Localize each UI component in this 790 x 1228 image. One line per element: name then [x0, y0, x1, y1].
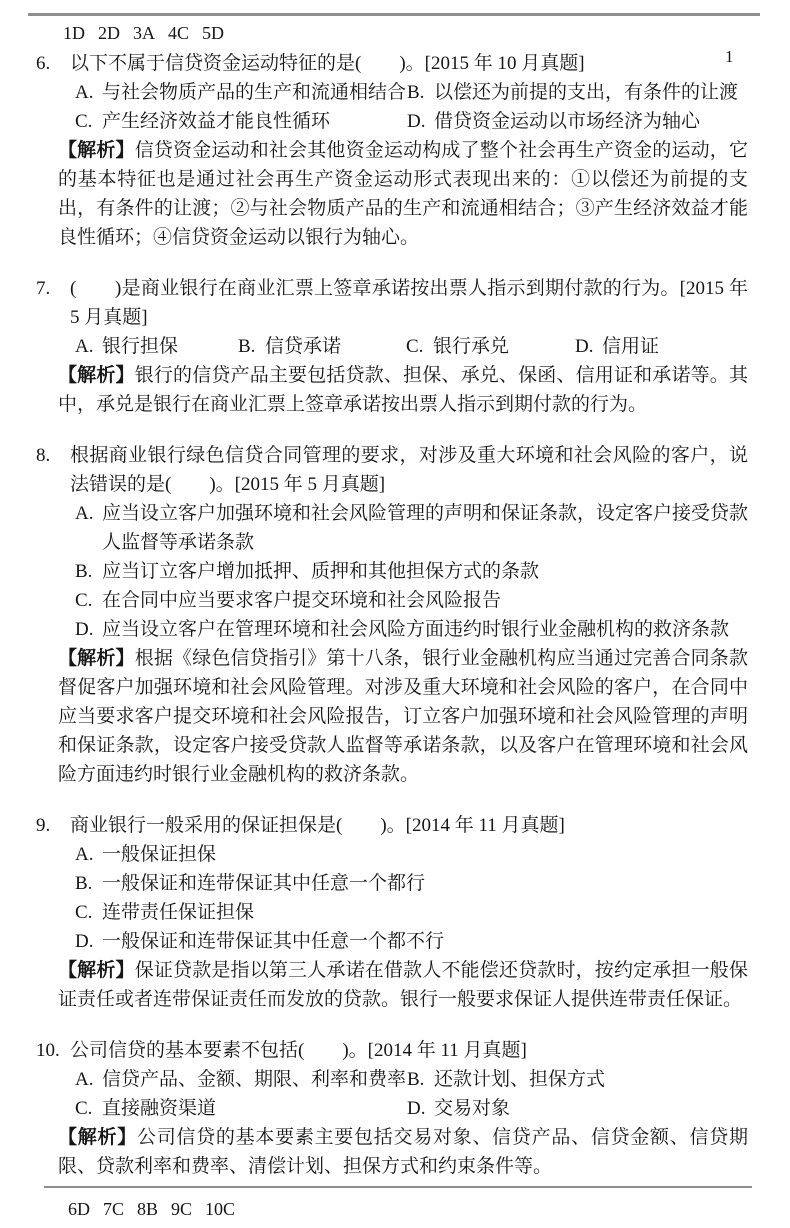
analysis-text: 银行的信贷产品主要包括贷款、担保、承兑、保函、信用证和承诺等。其中，承兑是银行在…: [58, 365, 748, 415]
question-number: 10.: [36, 1036, 70, 1065]
answer-key-item: 9C: [171, 1198, 192, 1220]
question-block-7: 7. ( )是商业银行在商业汇票上签章承诺按出票人指示到期付款的行为。[2015…: [0, 274, 790, 419]
analysis: 【解析】信贷资金运动和社会其他资金运动构成了整个社会再生产资金的运动，它的基本特…: [58, 136, 748, 252]
question-number: 8.: [36, 441, 70, 499]
option-label: B.: [75, 557, 102, 586]
option: B. 应当订立客户增加抵押、质押和其他担保方式的条款: [75, 557, 748, 586]
option-text: 应当订立客户增加抵押、质押和其他担保方式的条款: [102, 557, 748, 586]
question-stem: 公司信贷的基本要素不包括( )。[2014 年 11 月真题]: [70, 1036, 748, 1065]
option-text: 银行承兑: [433, 332, 575, 361]
analysis: 【解析】公司信贷的基本要素主要包括交易对象、信贷产品、信贷金额、信贷期限、贷款利…: [58, 1123, 748, 1181]
option: C. 在合同中应当要求客户提交环境和社会风险报告: [75, 586, 748, 615]
option-text: 以偿还为前提的支出，有条件的让渡: [434, 78, 748, 107]
question-stem-row: 10. 公司信贷的基本要素不包括( )。[2014 年 11 月真题]: [36, 1036, 748, 1065]
option: D. 一般保证和连带保证其中任意一个都不行: [75, 927, 748, 956]
option: A. 一般保证担保: [75, 840, 748, 869]
option-text: 应当设立客户加强环境和社会风险管理的声明和保证条款，设定客户接受贷款人监督等承诺…: [102, 499, 748, 557]
bottom-rule: [44, 1186, 752, 1188]
option: D. 借贷资金运动以市场经济为轴心: [407, 107, 748, 136]
option-label: A.: [75, 332, 102, 361]
option-text: 产生经济效益才能良性循环: [102, 107, 407, 136]
option-label: C.: [75, 1094, 102, 1123]
option: B. 信贷承诺: [238, 332, 406, 361]
document-page: 1 1D 2D 3A 4C 5D 6. 以下不属于信贷资金运动特征的是( )。[…: [0, 0, 790, 1228]
option-text: 信用证: [602, 332, 748, 361]
question-stem: ( )是商业银行在商业汇票上签章承诺按出票人指示到期付款的行为。[2015 年 …: [70, 274, 748, 332]
answer-key-item: 10C: [205, 1198, 235, 1220]
option: D. 应当设立客户在管理环境和社会风险方面违约时银行业金融机构的救济条款: [75, 615, 748, 644]
analysis-text: 保证贷款是指以第三人承诺在借款人不能偿还贷款时，按约定承担一般保证责任或者连带保…: [58, 960, 748, 1010]
analysis-text: 根据《绿色信贷指引》第十八条，银行业金融机构应当通过完善合同条款督促客户加强环境…: [58, 648, 748, 785]
option-text: 直接融资渠道: [102, 1094, 407, 1123]
analysis-label: 【解析】: [58, 140, 135, 161]
option-text: 连带责任保证担保: [102, 898, 748, 927]
option-text: 银行担保: [102, 332, 238, 361]
option-label: A.: [75, 78, 102, 107]
option-label: A.: [75, 1065, 102, 1094]
option-label: D.: [75, 615, 102, 644]
option: C. 银行承兑: [406, 332, 575, 361]
option-text: 交易对象: [434, 1094, 748, 1123]
analysis: 【解析】根据《绿色信贷指引》第十八条，银行业金融机构应当通过完善合同条款督促客户…: [58, 644, 748, 789]
question-block-9: 9. 商业银行一般采用的保证担保是( )。[2014 年 11 月真题] A. …: [0, 811, 790, 1014]
option: C. 直接融资渠道: [75, 1094, 407, 1123]
question-stem: 商业银行一般采用的保证担保是( )。[2014 年 11 月真题]: [70, 811, 748, 840]
question-stem: 以下不属于信贷资金运动特征的是( )。[2015 年 10 月真题]: [70, 49, 748, 78]
option: D. 信用证: [575, 332, 748, 361]
question-stem-row: 7. ( )是商业银行在商业汇票上签章承诺按出票人指示到期付款的行为。[2015…: [36, 274, 748, 332]
analysis: 【解析】保证贷款是指以第三人承诺在借款人不能偿还贷款时，按约定承担一般保证责任或…: [58, 956, 748, 1014]
option: D. 交易对象: [407, 1094, 748, 1123]
option-label: D.: [407, 1094, 434, 1123]
option: B. 以偿还为前提的支出，有条件的让渡: [407, 78, 748, 107]
answer-key-item: 1D: [63, 22, 85, 44]
option-text: 信贷产品、金额、期限、利率和费率: [102, 1065, 407, 1094]
analysis-label: 【解析】: [58, 960, 135, 981]
analysis-label: 【解析】: [58, 648, 135, 669]
top-rule: [28, 13, 760, 16]
answer-key-item: 3A: [133, 22, 155, 44]
option-label: C.: [75, 107, 102, 136]
question-block-10: 10. 公司信贷的基本要素不包括( )。[2014 年 11 月真题] A. 信…: [0, 1036, 790, 1181]
question-number: 7.: [36, 274, 70, 332]
option: B. 一般保证和连带保证其中任意一个都行: [75, 869, 748, 898]
answer-key-item: 8B: [137, 1198, 158, 1220]
analysis-text: 信贷资金运动和社会其他资金运动构成了整个社会再生产资金的运动，它的基本特征也是通…: [58, 140, 748, 248]
option-label: D.: [575, 332, 602, 361]
option-label: A.: [75, 499, 102, 557]
analysis-text: 公司信贷的基本要素主要包括交易对象、信贷产品、信贷金额、信贷期限、贷款利率和费率…: [58, 1127, 748, 1177]
question-number: 9.: [36, 811, 70, 840]
question-stem-row: 8. 根据商业银行绿色信贷合同管理的要求，对涉及重大环境和社会风险的客户，说法错…: [36, 441, 748, 499]
option-label: C.: [75, 586, 102, 615]
question-block-6: 6. 以下不属于信贷资金运动特征的是( )。[2015 年 10 月真题] A.…: [0, 49, 790, 252]
options-group: A. 信贷产品、金额、期限、利率和费率 B. 还款计划、担保方式 C. 直接融资…: [75, 1065, 748, 1123]
question-block-8: 8. 根据商业银行绿色信贷合同管理的要求，对涉及重大环境和社会风险的客户，说法错…: [0, 441, 790, 789]
option-text: 还款计划、担保方式: [434, 1065, 748, 1094]
option-label: B.: [238, 332, 265, 361]
analysis-label: 【解析】: [58, 1127, 137, 1148]
option-text: 信贷承诺: [265, 332, 406, 361]
option-label: D.: [407, 107, 434, 136]
option: A. 信贷产品、金额、期限、利率和费率: [75, 1065, 407, 1094]
question-stem: 根据商业银行绿色信贷合同管理的要求，对涉及重大环境和社会风险的客户，说法错误的是…: [70, 441, 748, 499]
answer-key-item: 6D: [68, 1198, 90, 1220]
question-stem-row: 9. 商业银行一般采用的保证担保是( )。[2014 年 11 月真题]: [36, 811, 748, 840]
option-text: 一般保证和连带保证其中任意一个都行: [102, 869, 748, 898]
answer-key-header: 1D 2D 3A 4C 5D: [63, 0, 790, 44]
answer-key-footer: 6D 7C 8B 9C 10C: [68, 1198, 235, 1220]
option-label: A.: [75, 840, 102, 869]
answer-key-item: 4C: [168, 22, 189, 44]
option: C. 连带责任保证担保: [75, 898, 748, 927]
option-label: B.: [75, 869, 102, 898]
options-group: A. 与社会物质产品的生产和流通相结合 B. 以偿还为前提的支出，有条件的让渡 …: [75, 78, 748, 136]
options-group: A. 一般保证担保 B. 一般保证和连带保证其中任意一个都行 C. 连带责任保证…: [75, 840, 748, 956]
question-stem-row: 6. 以下不属于信贷资金运动特征的是( )。[2015 年 10 月真题]: [36, 49, 748, 78]
option: A. 与社会物质产品的生产和流通相结合: [75, 78, 407, 107]
option: B. 还款计划、担保方式: [407, 1065, 748, 1094]
option-label: D.: [75, 927, 102, 956]
options-group: A. 银行担保 B. 信贷承诺 C. 银行承兑 D. 信用证: [75, 332, 748, 361]
page-number: 1: [725, 47, 734, 67]
options-group: A. 应当设立客户加强环境和社会风险管理的声明和保证条款，设定客户接受贷款人监督…: [75, 499, 748, 644]
option-text: 一般保证担保: [102, 840, 748, 869]
option-text: 应当设立客户在管理环境和社会风险方面违约时银行业金融机构的救济条款: [102, 615, 748, 644]
option: C. 产生经济效益才能良性循环: [75, 107, 407, 136]
option-text: 与社会物质产品的生产和流通相结合: [102, 78, 407, 107]
option: A. 银行担保: [75, 332, 238, 361]
option-label: C.: [406, 332, 433, 361]
option-label: B.: [407, 78, 434, 107]
analysis: 【解析】银行的信贷产品主要包括贷款、担保、承兑、保函、信用证和承诺等。其中，承兑…: [58, 361, 748, 419]
option-label: C.: [75, 898, 102, 927]
analysis-label: 【解析】: [58, 365, 135, 386]
answer-key-item: 2D: [98, 22, 120, 44]
option: A. 应当设立客户加强环境和社会风险管理的声明和保证条款，设定客户接受贷款人监督…: [75, 499, 748, 557]
option-text: 一般保证和连带保证其中任意一个都不行: [102, 927, 748, 956]
option-text: 借贷资金运动以市场经济为轴心: [434, 107, 748, 136]
option-label: B.: [407, 1065, 434, 1094]
question-number: 6.: [36, 49, 70, 78]
answer-key-item: 7C: [103, 1198, 124, 1220]
answer-key-item: 5D: [202, 22, 224, 44]
option-text: 在合同中应当要求客户提交环境和社会风险报告: [102, 586, 748, 615]
